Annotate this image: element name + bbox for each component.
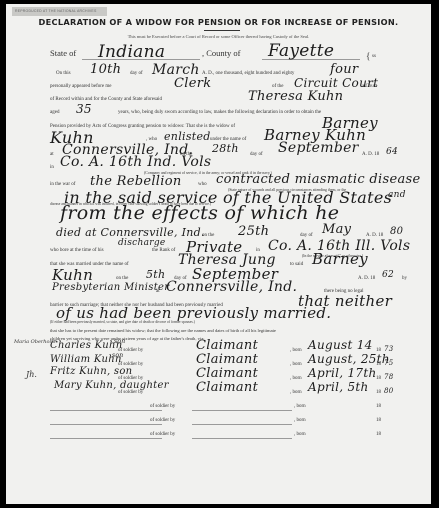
child-born: August 14 <box>308 338 373 352</box>
child-parent: Claimant <box>196 352 258 367</box>
year-prefix: 18 <box>376 418 381 423</box>
war-name: the Rebellion <box>90 174 182 189</box>
child-name: Charles Kuhn <box>50 340 122 351</box>
on-this-label: On this <box>56 71 71 76</box>
born-label: , born <box>294 404 306 409</box>
year-prefix: 18 <box>376 390 381 395</box>
barrier-caption: (If either had been previously married, … <box>50 320 195 324</box>
war-label: in the war of <box>50 182 75 187</box>
child-born: April, 17th <box>308 366 377 380</box>
child-year: 78 <box>384 373 394 381</box>
blank-name-line <box>50 438 162 439</box>
of-soldier-by: of soldier by <box>118 390 143 395</box>
officiant: Presbyterian Minister <box>52 282 169 293</box>
of-soldier-by: of soldier by <box>150 432 175 437</box>
year-prefix: 18 <box>376 404 381 409</box>
who-bore-text: who bore at the time of his <box>50 248 104 253</box>
marriage-year: 62 <box>382 270 394 280</box>
who-label: who <box>198 182 207 187</box>
company: Co. A. 16th Ind. Vols <box>60 154 211 170</box>
blank-parent-line <box>192 438 292 439</box>
child-name: William Kuhn <box>50 354 122 365</box>
pension-declaration-page: REPRODUCED AT THE NATIONAL ARCHIVES DECL… <box>6 4 431 504</box>
declaration-day: 10th <box>90 62 121 77</box>
title-rule <box>204 30 240 31</box>
contracted-disease: contracted miasmatic disease <box>216 172 420 187</box>
year-prefix: 18 <box>376 432 381 437</box>
claimant-name: Theresa Kuhn <box>248 89 343 104</box>
marriage-on-the: on the <box>116 276 128 281</box>
appeared-text: personally appeared before me <box>50 84 112 89</box>
child-relation: son <box>114 338 125 345</box>
blank-name-line <box>50 410 162 411</box>
marriage-day: 5th <box>146 268 165 281</box>
death-year: 80 <box>390 226 403 237</box>
blank-parent-line <box>192 410 292 411</box>
and-word: and <box>388 190 406 200</box>
ad-text: A. D., one thousand, eight hundred and e… <box>202 71 294 76</box>
day-of-label: day of <box>130 71 143 76</box>
state-label: State of <box>50 48 76 58</box>
at-label: at <box>50 152 54 157</box>
enlist-year: 64 <box>386 147 398 157</box>
enlist-ad: A. D. 18 <box>362 152 379 157</box>
of-soldier-by: of soldier by <box>150 418 175 423</box>
child-parent: Claimant <box>196 366 258 381</box>
born-label: , born <box>290 376 302 381</box>
record-text: of Record within and for the County and … <box>50 97 162 102</box>
to-said: to said <box>290 262 303 267</box>
child-year: 75 <box>384 359 394 367</box>
discharge-word: discharge <box>118 238 166 248</box>
married-husband-first: Barney <box>312 250 368 268</box>
margin-note-maria: Maria Oberholtz <box>14 339 56 345</box>
enlist-month: September <box>278 140 359 156</box>
declaration-year-word: four <box>330 62 358 77</box>
born-label: , born <box>290 348 302 353</box>
effects-line: from the effects of which he <box>60 202 339 224</box>
rank-label: the Rank of <box>152 248 175 253</box>
court-suffix: a Court <box>362 84 377 89</box>
child-parent: Claimant <box>196 338 258 353</box>
marriage-at: at <box>156 289 160 294</box>
death-day: 25th <box>238 224 269 239</box>
marriage-by: by <box>402 276 407 281</box>
blank-parent-line <box>192 424 292 425</box>
born-label: , born <box>290 390 302 395</box>
ss-mark: { <box>366 51 370 61</box>
state-value: Indiana <box>98 42 165 62</box>
county-value: Fayette <box>268 41 334 61</box>
born-label: , born <box>294 418 306 423</box>
child-name: Mary Kuhn, daughter <box>54 380 169 391</box>
child-parent: Claimant <box>196 380 258 395</box>
born-label: , born <box>294 432 306 437</box>
of-soldier-by: of soldier by <box>150 404 175 409</box>
ss-label: ss <box>372 54 376 59</box>
child-born: April, 5th <box>308 380 369 394</box>
child-year: 80 <box>384 387 394 395</box>
aged-label: aged <box>50 110 59 115</box>
document-subtitle: This must be Executed before a Court of … <box>6 34 431 39</box>
marriage-place: Connersville, Ind. <box>166 279 297 295</box>
officer-title: Clerk <box>174 76 211 91</box>
marriage-ad: A. D. 18 <box>358 276 375 281</box>
in-label: in <box>50 165 54 170</box>
claimant-age: 35 <box>76 102 92 116</box>
year-prefix: 18 <box>376 376 381 381</box>
widow-text: that she has to the present date remaine… <box>50 328 276 333</box>
years-text: years, who, being duly sworn according t… <box>118 110 321 115</box>
born-label: , born <box>290 362 302 367</box>
margin-note-fritz: Jh. <box>26 370 37 379</box>
death-month: May <box>322 222 351 237</box>
child-relation: son <box>112 352 123 359</box>
county-label: , County of <box>202 48 241 58</box>
document-title: DECLARATION OF A WIDOW FOR PENSION OR FO… <box>6 17 431 27</box>
enlist-day-of: day of <box>250 152 263 157</box>
enlist-day: 28th <box>212 142 239 155</box>
national-archives-stamp: REPRODUCED AT THE NATIONAL ARCHIVES <box>12 7 107 16</box>
blank-name-line <box>50 424 162 425</box>
